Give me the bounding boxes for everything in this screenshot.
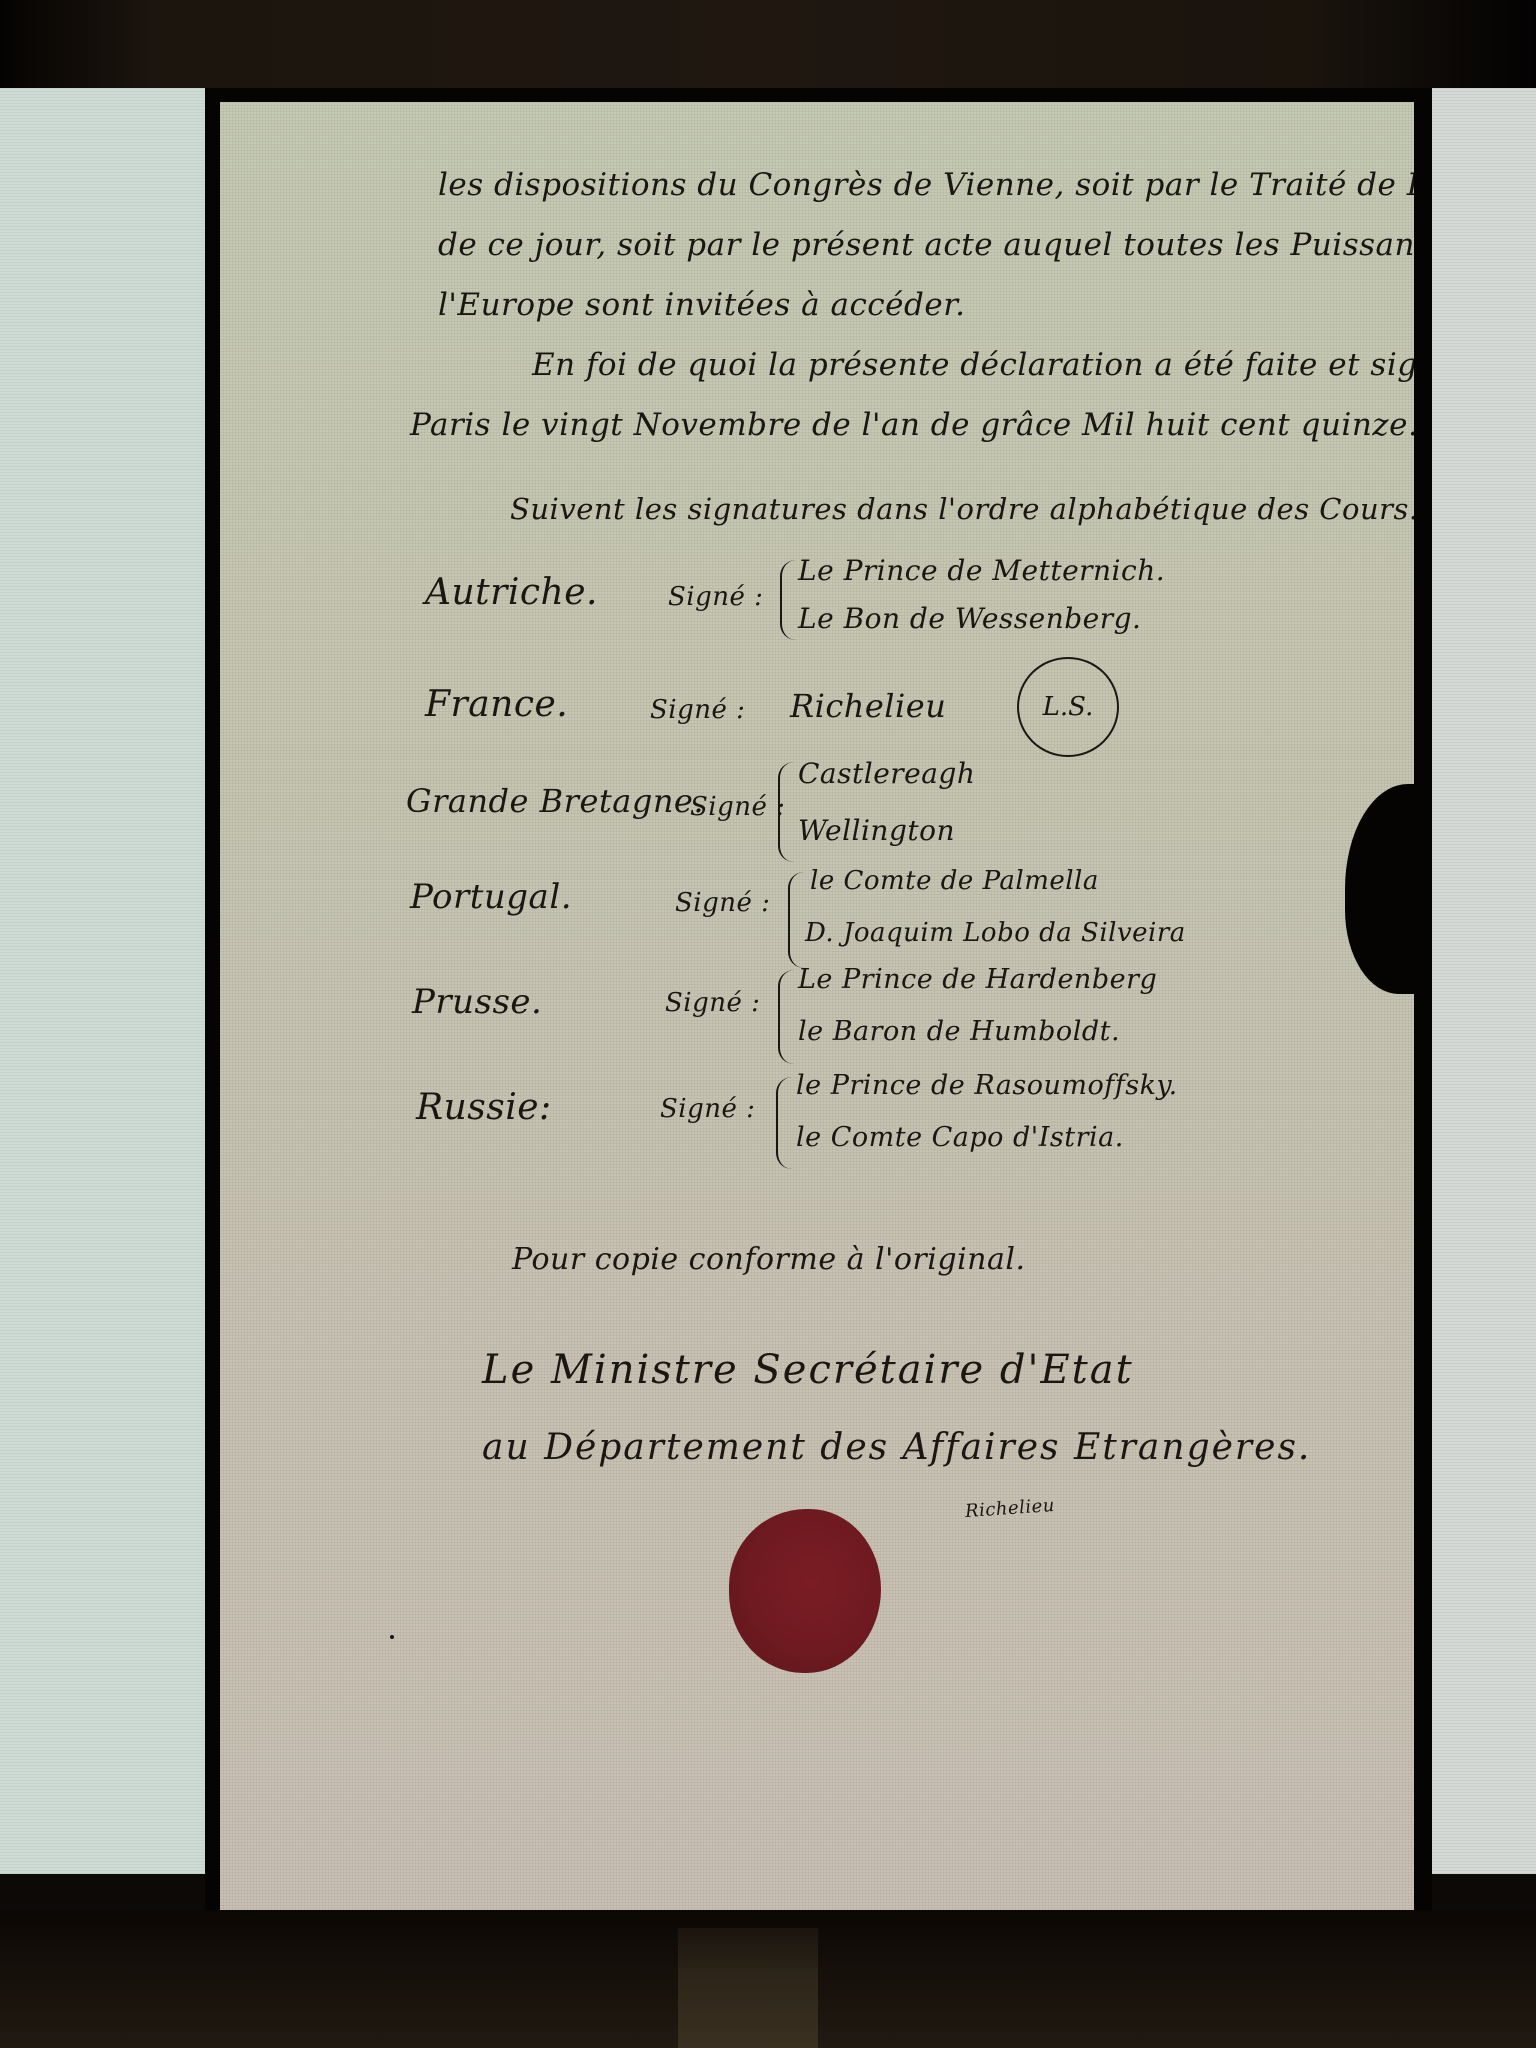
- bottom-tab: [678, 1928, 818, 2048]
- signer-metternich: Le Prince de Metternich.: [798, 554, 1165, 587]
- ls-seal-mark: L.S.: [1017, 657, 1119, 757]
- signer-palmella: le Comte de Palmella: [810, 866, 1099, 896]
- body-line-3: l'Europe sont invitées à accéder.: [438, 287, 965, 323]
- brace: [776, 1077, 792, 1169]
- document-page: les dispositions du Congrès de Vienne, s…: [220, 102, 1414, 1912]
- signer-richelieu: Richelieu: [790, 687, 946, 725]
- dark-top-band: [0, 0, 1536, 88]
- body-line-1: les dispositions du Congrès de Vienne, s…: [438, 167, 1414, 203]
- signer-humboldt: le Baron de Humboldt.: [798, 1016, 1120, 1047]
- signatures-heading: Suivent les signatures dans l'ordre alph…: [510, 492, 1414, 526]
- minister-title-line-1: Le Ministre Secrétaire d'Etat: [482, 1347, 1134, 1393]
- minister-title-line-2: au Département des Affaires Etrangères.: [482, 1427, 1311, 1468]
- certification-line: Pour copie conforme à l'original.: [512, 1242, 1026, 1277]
- signed-label: Signé :: [650, 695, 745, 725]
- country-france: France.: [425, 684, 568, 725]
- signer-lobo-da-silveira: D. Joaquim Lobo da Silveira: [805, 918, 1186, 948]
- ink-speck: [390, 1635, 394, 1639]
- photo-of-screen: les dispositions du Congrès de Vienne, s…: [0, 0, 1536, 2048]
- signer-castlereagh: Castlereagh: [798, 757, 975, 790]
- country-autriche: Autriche.: [425, 572, 598, 613]
- brace: [780, 560, 796, 640]
- brace: [778, 762, 794, 862]
- brace: [788, 872, 804, 968]
- signed-label: Signé :: [690, 792, 785, 822]
- body-line-4: En foi de quoi la présente déclaration a…: [532, 347, 1414, 383]
- next-page-edge: [1432, 88, 1536, 1874]
- signed-label: Signé :: [668, 582, 763, 612]
- signer-wessenberg: Le Bon de Wessenberg.: [798, 602, 1141, 635]
- body-line-2: de ce jour, soit par le présent acte auq…: [438, 227, 1414, 263]
- red-wax-seal: [729, 1509, 881, 1673]
- country-portugal: Portugal.: [410, 877, 572, 917]
- signer-capo-distria: le Comte Capo d'Istria.: [796, 1122, 1124, 1153]
- signer-hardenberg: Le Prince de Hardenberg: [798, 964, 1157, 995]
- brace: [778, 970, 794, 1064]
- previous-page-edge: [0, 88, 205, 1874]
- signed-label: Signé :: [660, 1094, 755, 1124]
- torn-edge-blot: [1345, 784, 1414, 994]
- signer-rasoumoffsky: le Prince de Rasoumoffsky.: [796, 1070, 1178, 1101]
- country-russie: Russie:: [416, 1087, 552, 1128]
- signer-wellington: Wellington: [798, 814, 955, 847]
- minister-signature: Richelieu: [964, 1495, 1055, 1522]
- signed-label: Signé :: [665, 988, 760, 1018]
- body-line-5: Paris le vingt Novembre de l'an de grâce…: [410, 407, 1414, 443]
- country-grande-bretagne: Grande Bretagne.: [406, 782, 704, 820]
- country-prusse: Prusse.: [412, 982, 542, 1022]
- signed-label: Signé :: [675, 888, 770, 918]
